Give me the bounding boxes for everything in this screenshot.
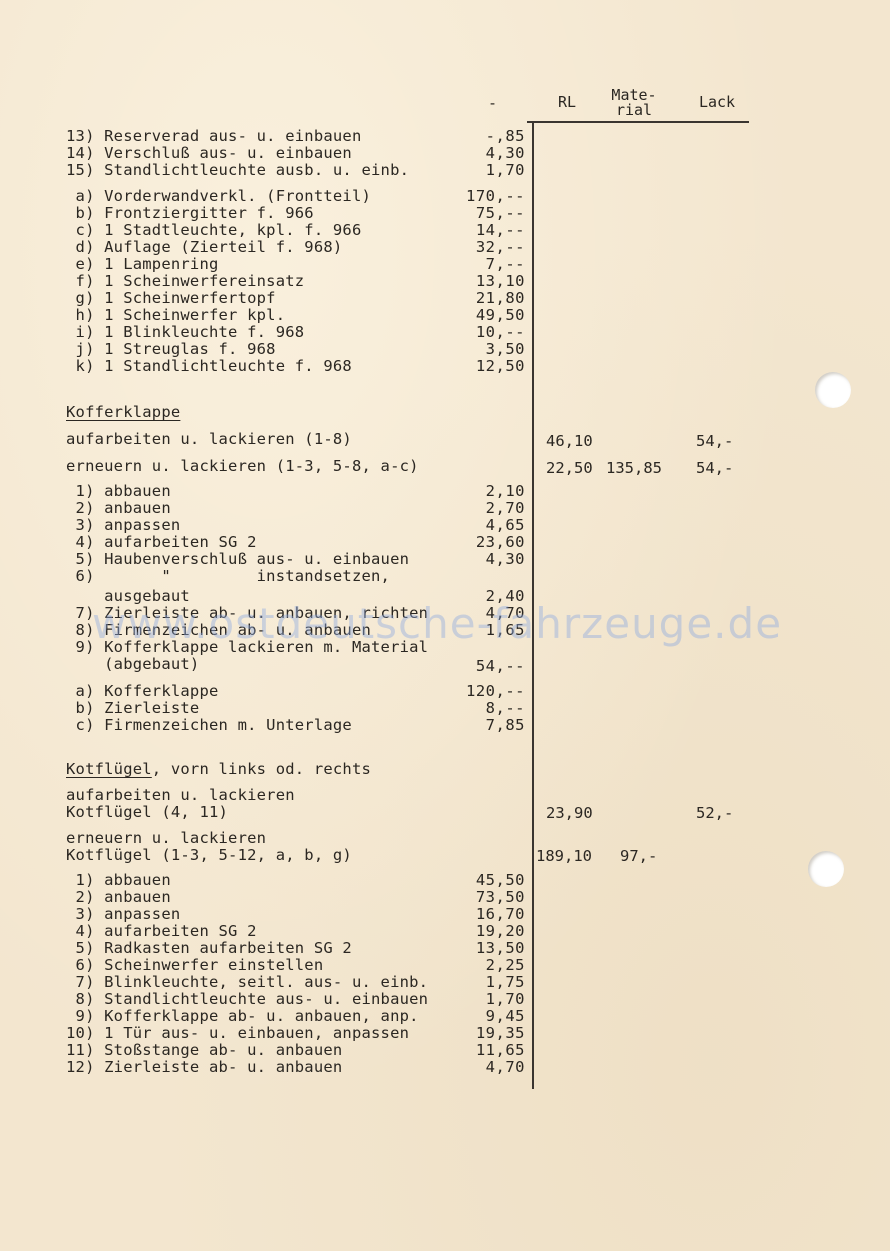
line-item: 14) Verschluß aus- u. einbauen	[66, 145, 352, 162]
part-price: 7,85	[445, 717, 525, 734]
section-title: Kofferklappe	[66, 404, 180, 421]
summary-label: Kotflügel (4, 11)	[66, 804, 228, 821]
work-price: 2,25	[445, 957, 525, 974]
work-item: 5) Haubenverschluß aus- u. einbauen	[66, 551, 409, 568]
part-price: 13,10	[445, 273, 525, 290]
part-item: k) 1 Standlichtleuchte f. 968	[66, 358, 352, 375]
work-price: 4,70	[445, 1059, 525, 1076]
item-price: 1,70	[445, 162, 525, 179]
line-item: 15) Standlichtleuchte ausb. u. einb.	[66, 162, 409, 179]
column-header-material: Mate- rial	[604, 88, 664, 118]
part-item: h) 1 Scheinwerfer kpl.	[66, 307, 285, 324]
part-item: b) Frontziergitter f. 966	[66, 205, 314, 222]
part-item: b) Zierleiste	[66, 700, 199, 717]
summary-rl: 23,90	[546, 805, 593, 822]
part-price: 170,--	[445, 188, 525, 205]
work-price: 19,35	[445, 1025, 525, 1042]
summary-lack: 52,-	[696, 805, 733, 822]
work-item: 3) anpassen	[66, 517, 180, 534]
work-item: 3) anpassen	[66, 906, 180, 923]
punch-hole-icon	[815, 372, 851, 408]
summary-lack: 54,-	[696, 433, 733, 450]
header-rule	[527, 121, 749, 123]
part-item: f) 1 Scheinwerfereinsatz	[66, 273, 304, 290]
summary-lack: 54,-	[696, 460, 733, 477]
work-price: 2,10	[445, 483, 525, 500]
work-price: 23,60	[445, 534, 525, 551]
part-price: 32,--	[445, 239, 525, 256]
work-item: 4) aufarbeiten SG 2	[66, 923, 257, 940]
part-price: 7,--	[445, 256, 525, 273]
work-price: 16,70	[445, 906, 525, 923]
part-item: e) 1 Lampenring	[66, 256, 219, 273]
work-item: 7) Blinkleuchte, seitl. aus- u. einb.	[66, 974, 428, 991]
work-price: 4,30	[445, 551, 525, 568]
work-price: 9,45	[445, 1008, 525, 1025]
summary-rl: 46,10	[546, 433, 593, 450]
part-item: d) Auflage (Zierteil f. 968)	[66, 239, 342, 256]
work-price: 73,50	[445, 889, 525, 906]
part-item: a) Kofferklappe	[66, 683, 219, 700]
work-item: 10) 1 Tür aus- u. einbauen, anpassen	[66, 1025, 409, 1042]
part-price: 8,--	[445, 700, 525, 717]
summary-label: aufarbeiten u. lackieren (1-8)	[66, 431, 352, 448]
part-price: 49,50	[445, 307, 525, 324]
work-price: 2,70	[445, 500, 525, 517]
work-item: 2) anbauen	[66, 889, 171, 906]
summary-rl: 22,50	[546, 460, 593, 477]
work-price: 45,50	[445, 872, 525, 889]
item-price: -,85	[445, 128, 525, 145]
work-price: 1,75	[445, 974, 525, 991]
work-price: 4,65	[445, 517, 525, 534]
part-item: g) 1 Scheinwerfertopf	[66, 290, 276, 307]
work-price: 19,20	[445, 923, 525, 940]
part-item: j) 1 Streuglas f. 968	[66, 341, 276, 358]
summary-label: aufarbeiten u. lackieren	[66, 787, 295, 804]
summary-material: 135,85	[606, 460, 662, 477]
work-price: 13,50	[445, 940, 525, 957]
column-header-rl: RL	[552, 95, 582, 110]
work-price: 54,--	[445, 658, 525, 675]
work-price: 1,70	[445, 991, 525, 1008]
part-price: 10,--	[445, 324, 525, 341]
section-title-suffix: , vorn links od. rechts	[152, 760, 371, 778]
work-item: 11) Stoßstange ab- u. anbauen	[66, 1042, 342, 1059]
part-price: 3,50	[445, 341, 525, 358]
part-price: 120,--	[445, 683, 525, 700]
section-title-row: Kotflügel, vorn links od. rechts	[66, 761, 371, 778]
work-item: 4) aufarbeiten SG 2	[66, 534, 257, 551]
part-price: 14,--	[445, 222, 525, 239]
part-item: a) Vorderwandverkl. (Frontteil)	[66, 188, 371, 205]
summary-rl: 189,10	[536, 848, 592, 865]
work-item: 12) Zierleiste ab- u. anbauen	[66, 1059, 342, 1076]
part-item: i) 1 Blinkleuchte f. 968	[66, 324, 304, 341]
work-item: 9) Kofferklappe ab- u. anbauen, anp.	[66, 1008, 419, 1025]
part-price: 21,80	[445, 290, 525, 307]
work-item: (abgebaut)	[66, 656, 199, 673]
summary-label: Kotflügel (1-3, 5-12, a, b, g)	[66, 847, 352, 864]
part-item: c) Firmenzeichen m. Unterlage	[66, 717, 352, 734]
work-item: 1) abbauen	[66, 483, 171, 500]
work-item: 1) abbauen	[66, 872, 171, 889]
item-price: 4,30	[445, 145, 525, 162]
column-header-lack: Lack	[692, 95, 742, 110]
part-item: c) 1 Stadtleuchte, kpl. f. 966	[66, 222, 362, 239]
header-dash: -	[488, 96, 497, 111]
part-price: 75,--	[445, 205, 525, 222]
summary-label: erneuern u. lackieren	[66, 830, 266, 847]
work-item: 8) Standlichtleuchte aus- u. einbauen	[66, 991, 428, 1008]
summary-label: erneuern u. lackieren (1-3, 5-8, a-c)	[66, 458, 419, 475]
work-item: 6) Scheinwerfer einstellen	[66, 957, 323, 974]
summary-material: 97,-	[620, 848, 657, 865]
work-item: 5) Radkasten aufarbeiten SG 2	[66, 940, 352, 957]
work-item: 2) anbauen	[66, 500, 171, 517]
section-title: Kotflügel	[66, 760, 152, 778]
work-price: 11,65	[445, 1042, 525, 1059]
punch-hole-icon	[808, 851, 844, 887]
watermark: www.ostdeutsche-fahrzeuge.de	[92, 602, 782, 646]
line-item: 13) Reserverad aus- u. einbauen	[66, 128, 362, 145]
work-item: 6) " instandsetzen,	[66, 568, 390, 585]
part-price: 12,50	[445, 358, 525, 375]
